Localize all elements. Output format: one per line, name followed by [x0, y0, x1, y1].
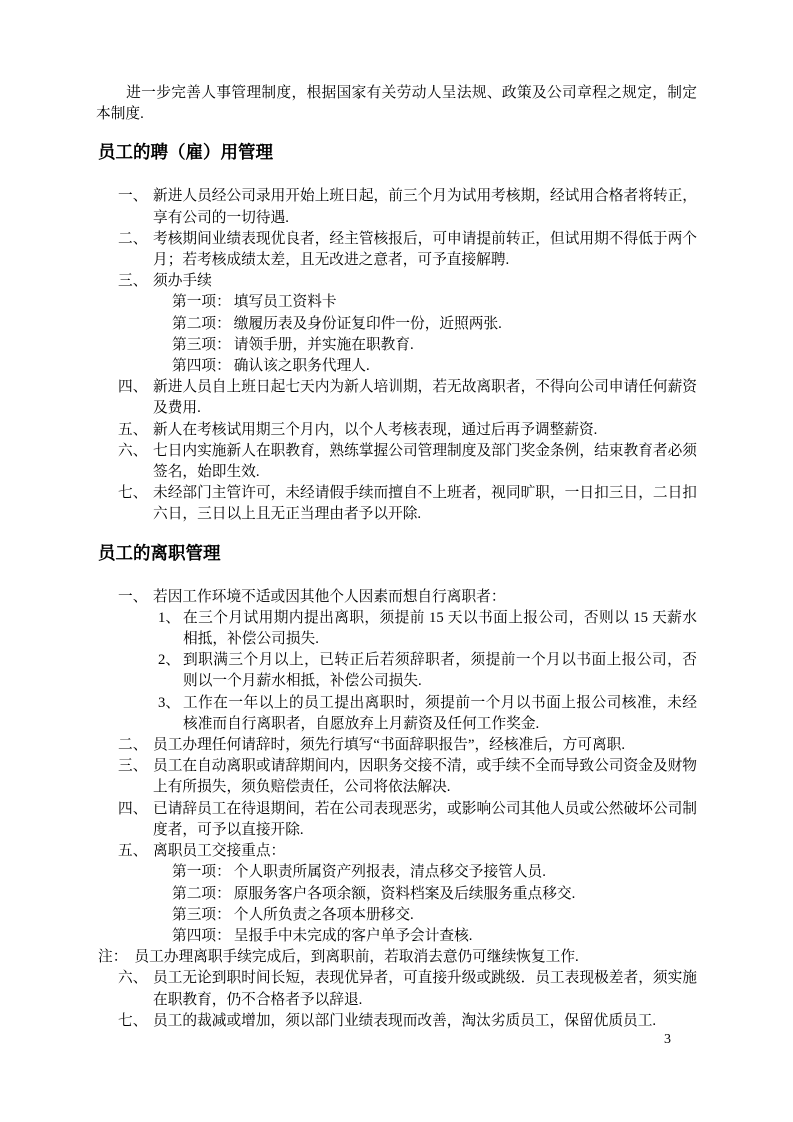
list-item: 七、 未经部门主管许可，未经请假手续而擅自不上班者，视同旷职，一日扣三日，二日扣…: [96, 483, 697, 525]
list-item: 一、 新进人员经公司录用开始上班日起，前三个月为试用考核期，经试用合格者将转正，…: [96, 186, 697, 228]
sub-item-marker: 3、: [158, 693, 180, 735]
item-marker: 三、: [118, 756, 153, 798]
item-marker: 四、: [118, 799, 153, 841]
intro-paragraph: 进一步完善人事管理制度，根据国家有关劳动人呈法规、政策及公司章程之规定，制定本制…: [96, 83, 697, 125]
list-item: 一、 若因工作环境不适或因其他个人因素而想自行离职者：: [96, 587, 697, 608]
sub-item-marker: 第一项：: [172, 862, 231, 883]
note-line: 注： 员工办理离职手续完成后，到离职前，若取消去意仍可继续恢复工作.: [96, 947, 697, 968]
sub-item-text: 个人职责所属资产列报表，清点移交予接管人员.: [234, 862, 697, 883]
item-text: 离职员工交接重点：: [153, 841, 697, 862]
item-text: 已请辞员工在待退期间，若在公司表现恶劣，或影响公司其他人员或公然破坏公司制度者，…: [153, 799, 697, 841]
sub-item: 第三项： 请领手册，并实施在职教育.: [172, 335, 697, 356]
sub-item-marker: 第二项：: [172, 314, 231, 335]
item-marker: 七、: [118, 1011, 153, 1032]
item-text: 须办手续: [153, 271, 697, 292]
sub-item: 3、 工作在一年以上的员工提出离职时，须提前一个月以书面上报公司核准，未经核准而…: [158, 693, 697, 735]
list-item: 五、 新人在考核试用期三个月内，以个人考核表现，通过后再予调整薪资.: [96, 420, 697, 441]
list-item: 四、 新进人员自上班日起七天内为新人培训期，若无故离职者，不得向公司申请任何薪资…: [96, 377, 697, 419]
item-marker: 五、: [118, 420, 153, 441]
item-text: 新人在考核试用期三个月内，以个人考核表现，通过后再予调整薪资.: [153, 420, 697, 441]
item-text: 员工无论到职时间长短，表现优异者，可直接升级或跳级．员工表现极差者，须实施在职教…: [153, 968, 697, 1010]
list-item: 五、 离职员工交接重点：: [96, 841, 697, 862]
sub-item-text: 填写员工资料卡: [234, 292, 697, 313]
list-item: 二、 员工办理任何请辞时，须先行填写“书面辞职报告”，经核准后，方可离职.: [96, 735, 697, 756]
sub-item-marker: 第四项：: [172, 926, 231, 947]
sub-item-marker: 第三项：: [172, 335, 231, 356]
item-text: 若因工作环境不适或因其他个人因素而想自行离职者：: [153, 587, 697, 608]
document-page: 进一步完善人事管理制度，根据国家有关劳动人呈法规、政策及公司章程之规定，制定本制…: [0, 0, 793, 1122]
list-item: 六、 七日内实施新人在职教育，熟练掌握公司管理制度及部门奖金条例，结束教育者必须…: [96, 441, 697, 483]
sub-item-text: 请领手册，并实施在职教育.: [234, 335, 697, 356]
sub-item-text: 缴履历表及身份证复印件一份，近照两张.: [234, 314, 697, 335]
sub-item-marker: 第二项：: [172, 884, 231, 905]
item-text: 员工在自动离职或请辞期间内，因职务交接不清，或手续不全而导致公司资金及财物上有所…: [153, 756, 697, 798]
list-item: 四、 已请辞员工在待退期间，若在公司表现恶劣，或影响公司其他人员或公然破坏公司制…: [96, 799, 697, 841]
list-item: 二、 考核期间业绩表现优良者，经主管核报后，可申请提前转正，但试用期不得低于两个…: [96, 229, 697, 271]
note-marker: 注：: [98, 947, 127, 968]
sub-item-text: 工作在一年以上的员工提出离职时，须提前一个月以书面上报公司核准，未经核准而自行离…: [183, 693, 697, 735]
sub-item: 第三项： 个人所负责之各项本册移交.: [172, 905, 697, 926]
sub-item-marker: 2、: [158, 650, 180, 692]
item-text: 员工办理任何请辞时，须先行填写“书面辞职报告”，经核准后，方可离职.: [153, 735, 697, 756]
sub-item-text: 个人所负责之各项本册移交.: [234, 905, 697, 926]
note-text: 员工办理离职手续完成后，到离职前，若取消去意仍可继续恢复工作.: [134, 947, 697, 968]
sub-item-text: 在三个月试用期内提出离职，须提前 15 天以书面上报公司，否则以 15 天薪水相…: [183, 608, 697, 650]
sub-item-marker: 第四项：: [172, 356, 231, 377]
sub-item: 第一项： 个人职责所属资产列报表，清点移交予接管人员.: [172, 862, 697, 883]
sub-item: 第一项： 填写员工资料卡: [172, 292, 697, 313]
sub-item: 2、 到职满三个月以上，已转正后若须辞职者，须提前一个月以书面上报公司，否则以一…: [158, 650, 697, 692]
sub-item-text: 确认该之职务代理人.: [234, 356, 697, 377]
sub-item: 第二项： 原服务客户各项余额，资料档案及后续服务重点移交.: [172, 884, 697, 905]
list-item: 七、 员工的裁减或增加，须以部门业绩表现而改善，淘汰劣质员工，保留优质员工.: [96, 1011, 697, 1032]
sub-item-text: 原服务客户各项余额，资料档案及后续服务重点移交.: [234, 884, 697, 905]
item-marker: 二、: [118, 229, 153, 271]
sub-item: 第四项： 呈报手中未完成的客户单予会计查核.: [172, 926, 697, 947]
sub-item-text: 呈报手中未完成的客户单予会计查核.: [234, 926, 697, 947]
list-item: 三、 员工在自动离职或请辞期间内，因职务交接不清，或手续不全而导致公司资金及财物…: [96, 756, 697, 798]
item-text: 新进人员自上班日起七天内为新人培训期，若无故离职者，不得向公司申请任何薪资及费用…: [153, 377, 697, 419]
list-item: 三、 须办手续: [96, 271, 697, 292]
sub-item-marker: 第一项：: [172, 292, 231, 313]
item-marker: 一、: [118, 186, 153, 228]
item-marker: 二、: [118, 735, 153, 756]
item-text: 考核期间业绩表现优良者，经主管核报后，可申请提前转正，但试用期不得低于两个月；若…: [153, 229, 697, 271]
sub-item: 1、 在三个月试用期内提出离职，须提前 15 天以书面上报公司，否则以 15 天…: [158, 608, 697, 650]
resignation-list: 一、 若因工作环境不适或因其他个人因素而想自行离职者： 1、 在三个月试用期内提…: [96, 587, 697, 1032]
item-marker: 六、: [118, 968, 153, 1010]
page-number: 3: [664, 1031, 671, 1049]
sub-item: 第四项： 确认该之职务代理人.: [172, 356, 697, 377]
section-heading-resignation: 员工的离职管理: [98, 541, 697, 566]
sub-item-text: 到职满三个月以上，已转正后若须辞职者，须提前一个月以书面上报公司，否则以一个月薪…: [183, 650, 697, 692]
list-item: 六、 员工无论到职时间长短，表现优异者，可直接升级或跳级．员工表现极差者，须实施…: [96, 968, 697, 1010]
item-text: 员工的裁减或增加，须以部门业绩表现而改善，淘汰劣质员工，保留优质员工.: [153, 1011, 697, 1032]
sub-item: 第二项： 缴履历表及身份证复印件一份，近照两张.: [172, 314, 697, 335]
item-marker: 五、: [118, 841, 153, 862]
item-marker: 七、: [118, 483, 153, 525]
item-text: 新进人员经公司录用开始上班日起，前三个月为试用考核期，经试用合格者将转正，享有公…: [153, 186, 697, 228]
item-marker: 六、: [118, 441, 153, 483]
sub-item-marker: 1、: [158, 608, 180, 650]
item-marker: 四、: [118, 377, 153, 419]
employment-list: 一、 新进人员经公司录用开始上班日起，前三个月为试用考核期，经试用合格者将转正，…: [96, 186, 697, 525]
section-heading-employment: 员工的聘（雇）用管理: [98, 140, 697, 165]
item-marker: 三、: [118, 271, 153, 292]
sub-item-marker: 第三项：: [172, 905, 231, 926]
item-text: 未经部门主管许可，未经请假手续而擅自不上班者，视同旷职，一日扣三日，二日扣六日，…: [153, 483, 697, 525]
item-text: 七日内实施新人在职教育，熟练掌握公司管理制度及部门奖金条例，结束教育者必须签名，…: [153, 441, 697, 483]
item-marker: 一、: [118, 587, 153, 608]
